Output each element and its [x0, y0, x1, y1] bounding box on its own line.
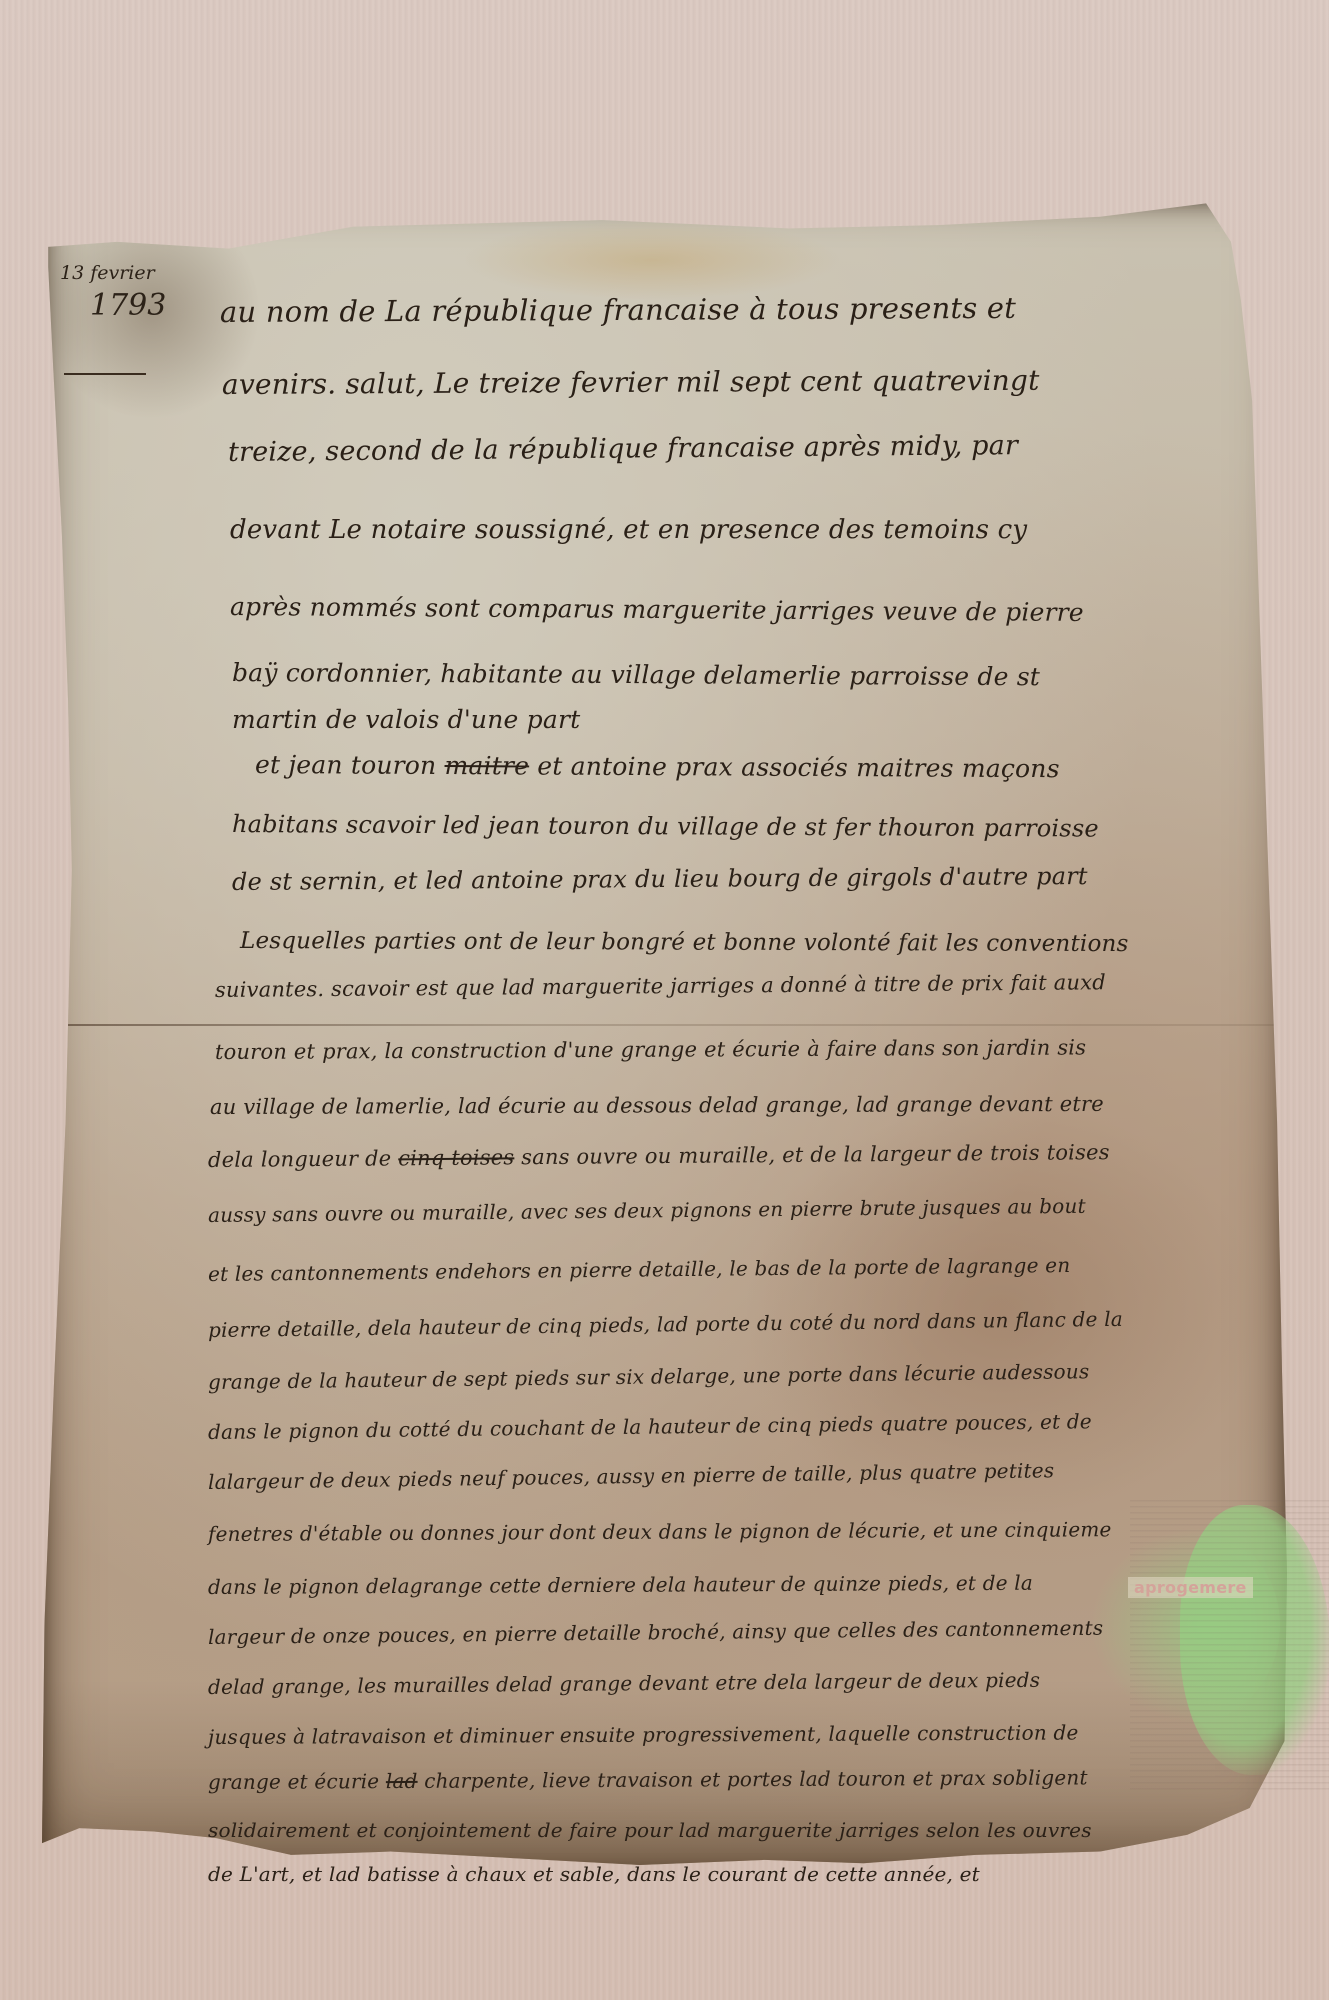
- margin-rule: [64, 373, 146, 375]
- line-text: dela longueur de: [208, 1146, 398, 1172]
- line-text: grange et écurie: [208, 1769, 386, 1794]
- document-line: baÿ cordonnier, habitante au village del…: [232, 658, 1040, 691]
- document-line: Lesquelles parties ont de leur bongré et…: [240, 928, 1129, 957]
- document-line: de L'art, et lad batisse à chaux et sabl…: [208, 1862, 980, 1886]
- line-text: charpente, lieve travaison et portes lad…: [418, 1765, 1088, 1793]
- fold-line: [42, 1024, 1287, 1026]
- struck-word: cinq toises: [398, 1145, 514, 1170]
- watermark-logo-text: aprogemere: [1128, 1577, 1253, 1598]
- document-line: de st sernin, et led antoine prax du lie…: [232, 862, 1088, 896]
- line-text: et jean touron: [255, 750, 445, 780]
- document-line: au nom de La république francaise à tous…: [220, 291, 1016, 329]
- document-line: martin de valois d'une part: [232, 705, 580, 734]
- line-text: et antoine prax associés maitres maçons: [529, 751, 1060, 783]
- document-line: au village de lamerlie, lad écurie au de…: [210, 1092, 1104, 1119]
- watermark-blob: [1180, 1505, 1329, 1775]
- document-line: et jean touron maitre et antoine prax as…: [255, 750, 1060, 783]
- document-line: jusques à latravaison et diminuer ensuit…: [208, 1720, 1079, 1749]
- document-line: solidairement et conjointement de faire …: [208, 1818, 1092, 1842]
- stain: [462, 220, 842, 300]
- document-line: fenetres d'étable ou donnes jour dont de…: [208, 1517, 1112, 1546]
- document-line: touron et prax, la construction d'une gr…: [215, 1035, 1086, 1064]
- document-line: habitans scavoir led jean touron du vill…: [232, 810, 1099, 843]
- document-line: dans le pignon delagrange cette derniere…: [208, 1571, 1033, 1599]
- margin-date: 13 fevrier 1793: [60, 262, 166, 323]
- margin-date-year: 1793: [90, 288, 166, 323]
- document-line: après nommés sont comparus marguerite ja…: [230, 592, 1084, 627]
- margin-date-month: 13 fevrier: [60, 262, 166, 284]
- struck-word: maitre: [444, 751, 529, 780]
- struck-word: lad: [386, 1769, 418, 1793]
- document-line: grange et écurie lad charpente, lieve tr…: [208, 1765, 1088, 1794]
- document-line: avenirs. salut, Le treize fevrier mil se…: [222, 364, 1040, 401]
- document-line: devant Le notaire soussigné, et en prese…: [230, 515, 1027, 545]
